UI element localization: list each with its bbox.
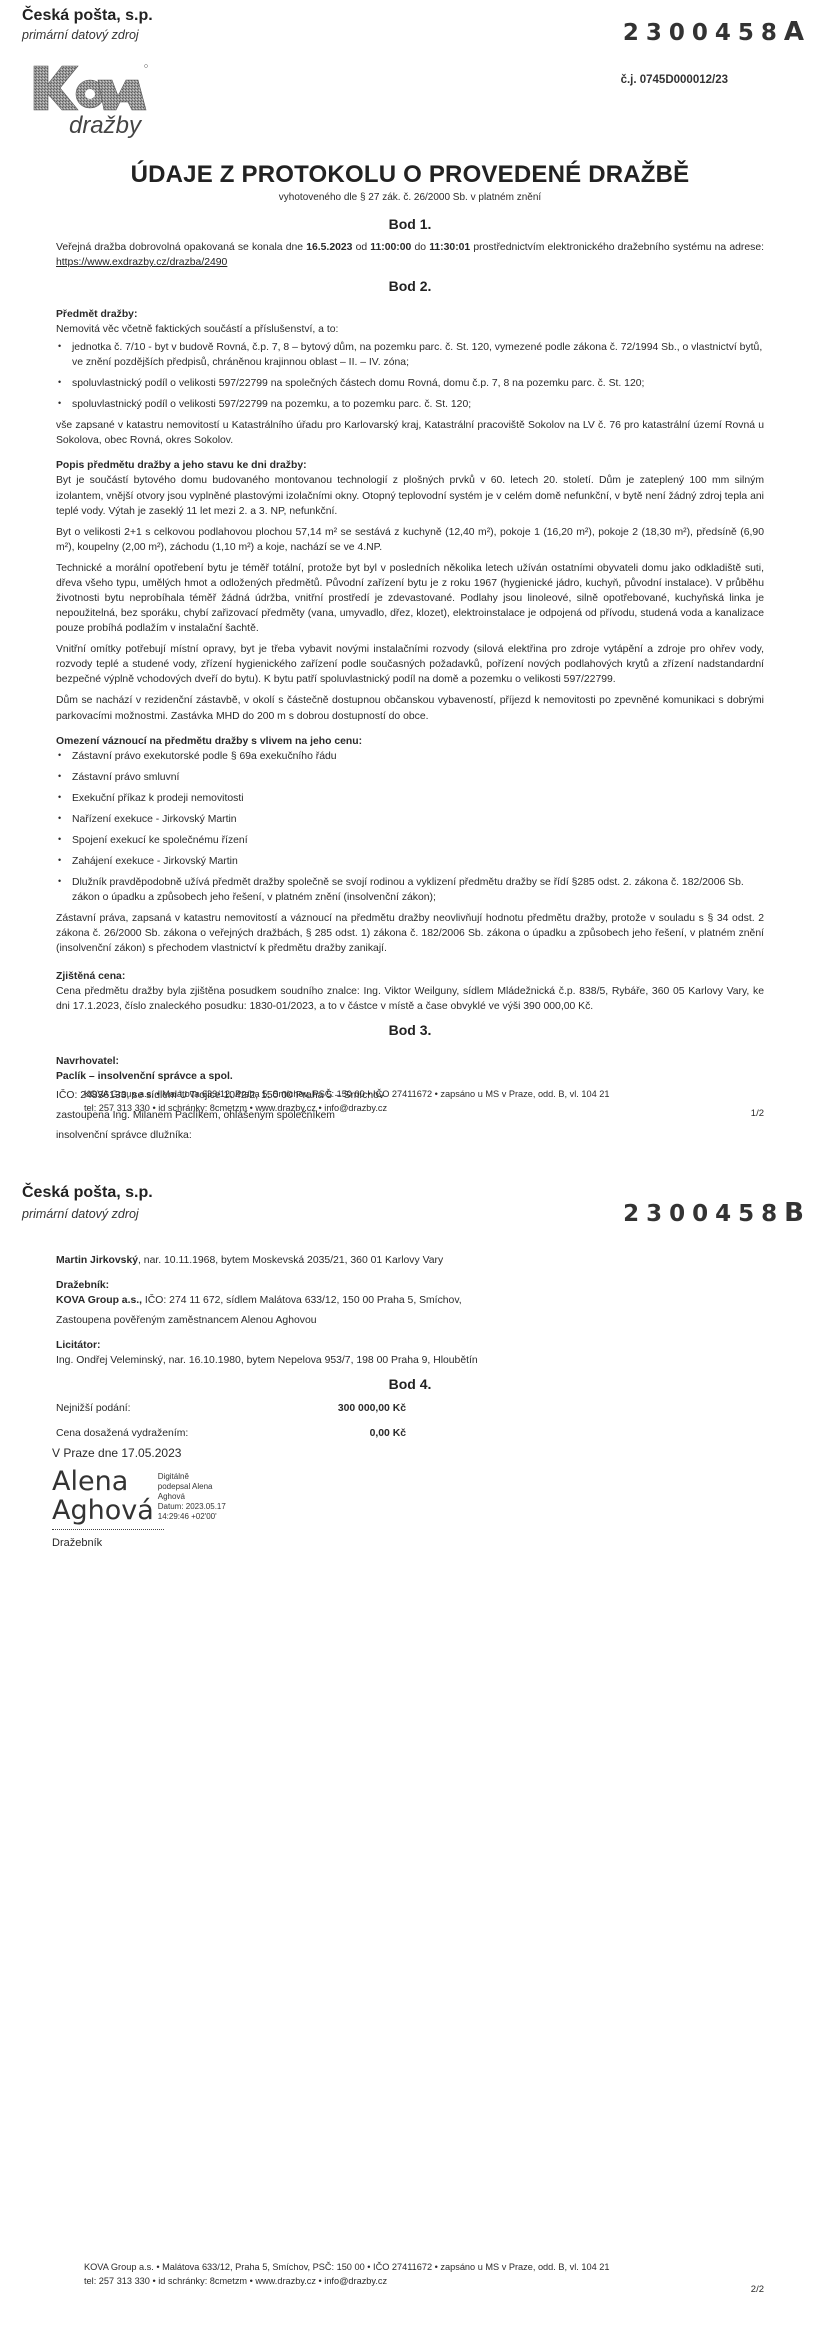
list-item: Zástavní právo exekutorské podle § 69a e… — [56, 749, 764, 764]
result-row-lowest-bid: Nejnižší podání: 300 000,00 Kč — [56, 1401, 764, 1416]
proposer-line: insolvenční správce dlužníka: — [56, 1128, 764, 1143]
postal-service-name: Česká pošta, s.p. — [22, 4, 153, 27]
signature-block: V Praze dne 17.05.2023 Alena Aghová Digi… — [52, 1445, 226, 1552]
description-label: Popis předmětu dražby a jeho stavu ke dn… — [56, 458, 764, 473]
price-text: Cena předmětu dražby byla zjištěna posud… — [56, 984, 764, 1014]
licitator-label: Licitátor: — [56, 1338, 764, 1353]
licitator-info: Ing. Ondřej Veleminský, nar. 16.10.1980,… — [56, 1353, 764, 1368]
section-heading-bod-2: Bod 2. — [56, 276, 764, 296]
subject-outro: vše zapsané v katastru nemovitostí u Kat… — [56, 418, 764, 448]
list-item: Spojení exekucí ke společnému řízení — [56, 833, 764, 848]
description-paragraph: Byt je součástí bytového domu budovaného… — [56, 473, 764, 518]
page-number: 2/2 — [751, 2283, 764, 2297]
result-label: Nejnižší podání: — [56, 1401, 296, 1416]
result-label: Cena dosažená vydražením: — [56, 1426, 296, 1441]
logo-subtitle: dražby — [32, 114, 150, 138]
document-stamp-number: 2300458B — [623, 1195, 804, 1233]
document-page-2: Česká pošta, s.p. primární datový zdroj … — [0, 1165, 820, 2352]
encumbrances-outro: Zástavní práva, zapsaná v katastru nemov… — [56, 911, 764, 956]
list-item: Dlužník pravděpodobně užívá předmět draž… — [56, 875, 764, 905]
footer-company-line: KOVA Group a.s. • Malátova 633/12, Praha… — [84, 2260, 764, 2274]
description-paragraph: Byt o velikosti 2+1 s celkovou podlahovo… — [56, 525, 764, 555]
section-heading-bod-3: Bod 3. — [56, 1020, 764, 1040]
section-heading-bod-4: Bod 4. — [56, 1374, 764, 1394]
debtor-info: Martin Jirkovský, nar. 10.11.1968, bytem… — [56, 1253, 764, 1268]
postal-service-name: Česká pošta, s.p. — [22, 1181, 153, 1204]
footer-company-line: KOVA Group a.s. • Malátova 633/12, Praha… — [84, 1087, 764, 1101]
price-label: Zjištěná cena: — [56, 969, 764, 984]
auctioneer-label: Dražebník: — [56, 1278, 764, 1293]
kova-logo-mark-icon — [32, 62, 150, 114]
document-stamp-number: 2300458A — [623, 14, 804, 52]
document-body-page-1: Bod 1. Veřejná dražba dobrovolná opakova… — [56, 210, 764, 1149]
list-item: Zástavní právo smluvní — [56, 770, 764, 785]
proposer-name: Paclík – insolvenční správce a spol. — [56, 1069, 764, 1084]
postal-service-subtitle: primární datový zdroj — [22, 26, 139, 44]
page-footer: KOVA Group a.s. • Malátova 633/12, Praha… — [84, 2260, 764, 2289]
place-and-date: V Praze dne 17.05.2023 — [52, 1445, 226, 1462]
list-item: Zahájení exekuce - Jirkovský Martin — [56, 854, 764, 869]
postal-service-subtitle: primární datový zdroj — [22, 1205, 139, 1223]
proposer-label: Navrhovatel: — [56, 1054, 764, 1069]
signature-role: Dražebník — [52, 1536, 226, 1552]
list-item: spoluvlastnický podíl o velikosti 597/22… — [56, 376, 764, 391]
result-value: 300 000,00 Kč — [296, 1401, 406, 1416]
signature-line — [52, 1529, 164, 1530]
subject-label: Předmět dražby: — [56, 307, 764, 322]
result-value: 0,00 Kč — [296, 1426, 406, 1441]
document-title: ÚDAJE Z PROTOKOLU O PROVEDENÉ DRAŽBĚ — [0, 158, 820, 193]
auction-url-link[interactable]: https://www.exdrazby.cz/drazba/2490 — [56, 257, 227, 268]
auctioneer-representative: Zastoupena pověřeným zaměstnancem Alenou… — [56, 1313, 764, 1328]
signature-name: Alena Aghová — [52, 1468, 154, 1525]
auction-info: Veřejná dražba dobrovolná opakovaná se k… — [56, 240, 764, 270]
section-heading-bod-1: Bod 1. — [56, 214, 764, 234]
list-item: Exekuční příkaz k prodeji nemovitosti — [56, 791, 764, 806]
description-paragraph: Technické a morální opotřebení bytu je t… — [56, 561, 764, 636]
auctioneer-info: KOVA Group a.s., IČO: 274 11 672, sídlem… — [56, 1293, 764, 1308]
subject-intro: Nemovitá věc včetně faktických součástí … — [56, 322, 764, 337]
document-subtitle: vyhotoveného dle § 27 zák. č. 26/2000 Sb… — [0, 191, 820, 206]
list-item: jednotka č. 7/10 - byt v budově Rovná, č… — [56, 340, 764, 370]
kova-logo: dražby — [32, 62, 150, 138]
description-paragraph: Dům se nachází v rezidenční zástavbě, v … — [56, 693, 764, 723]
list-item: Nařízení exekuce - Jirkovský Martin — [56, 812, 764, 827]
document-page-1: Česká pošta, s.p. primární datový zdroj … — [0, 0, 820, 1145]
subject-list: jednotka č. 7/10 - byt v budově Rovná, č… — [56, 340, 764, 412]
page-footer: KOVA Group a.s. • Malátova 633/12, Praha… — [84, 1087, 764, 1116]
page-number: 1/2 — [751, 1107, 764, 1121]
document-body-page-2: Martin Jirkovský, nar. 10.11.1968, bytem… — [56, 1253, 764, 1451]
result-row-achieved-price: Cena dosažená vydražením: 0,00 Kč — [56, 1426, 764, 1441]
encumbrances-list: Zástavní právo exekutorské podle § 69a e… — [56, 749, 764, 906]
list-item: spoluvlastnický podíl o velikosti 597/22… — [56, 397, 764, 412]
case-number: č.j. 0745D000012/23 — [621, 72, 728, 89]
description-paragraph: Vnitřní omítky potřebují místní opravy, … — [56, 642, 764, 687]
footer-contact-line: tel: 257 313 330 • id schránky: 8cmetzm … — [84, 1101, 764, 1115]
encumbrances-label: Omezení váznoucí na předmětu dražby s vl… — [56, 734, 764, 749]
digital-signature-details: Digitálně podepsal Alena Aghová Datum: 2… — [158, 1472, 226, 1522]
footer-contact-line: tel: 257 313 330 • id schránky: 8cmetzm … — [84, 2274, 764, 2288]
